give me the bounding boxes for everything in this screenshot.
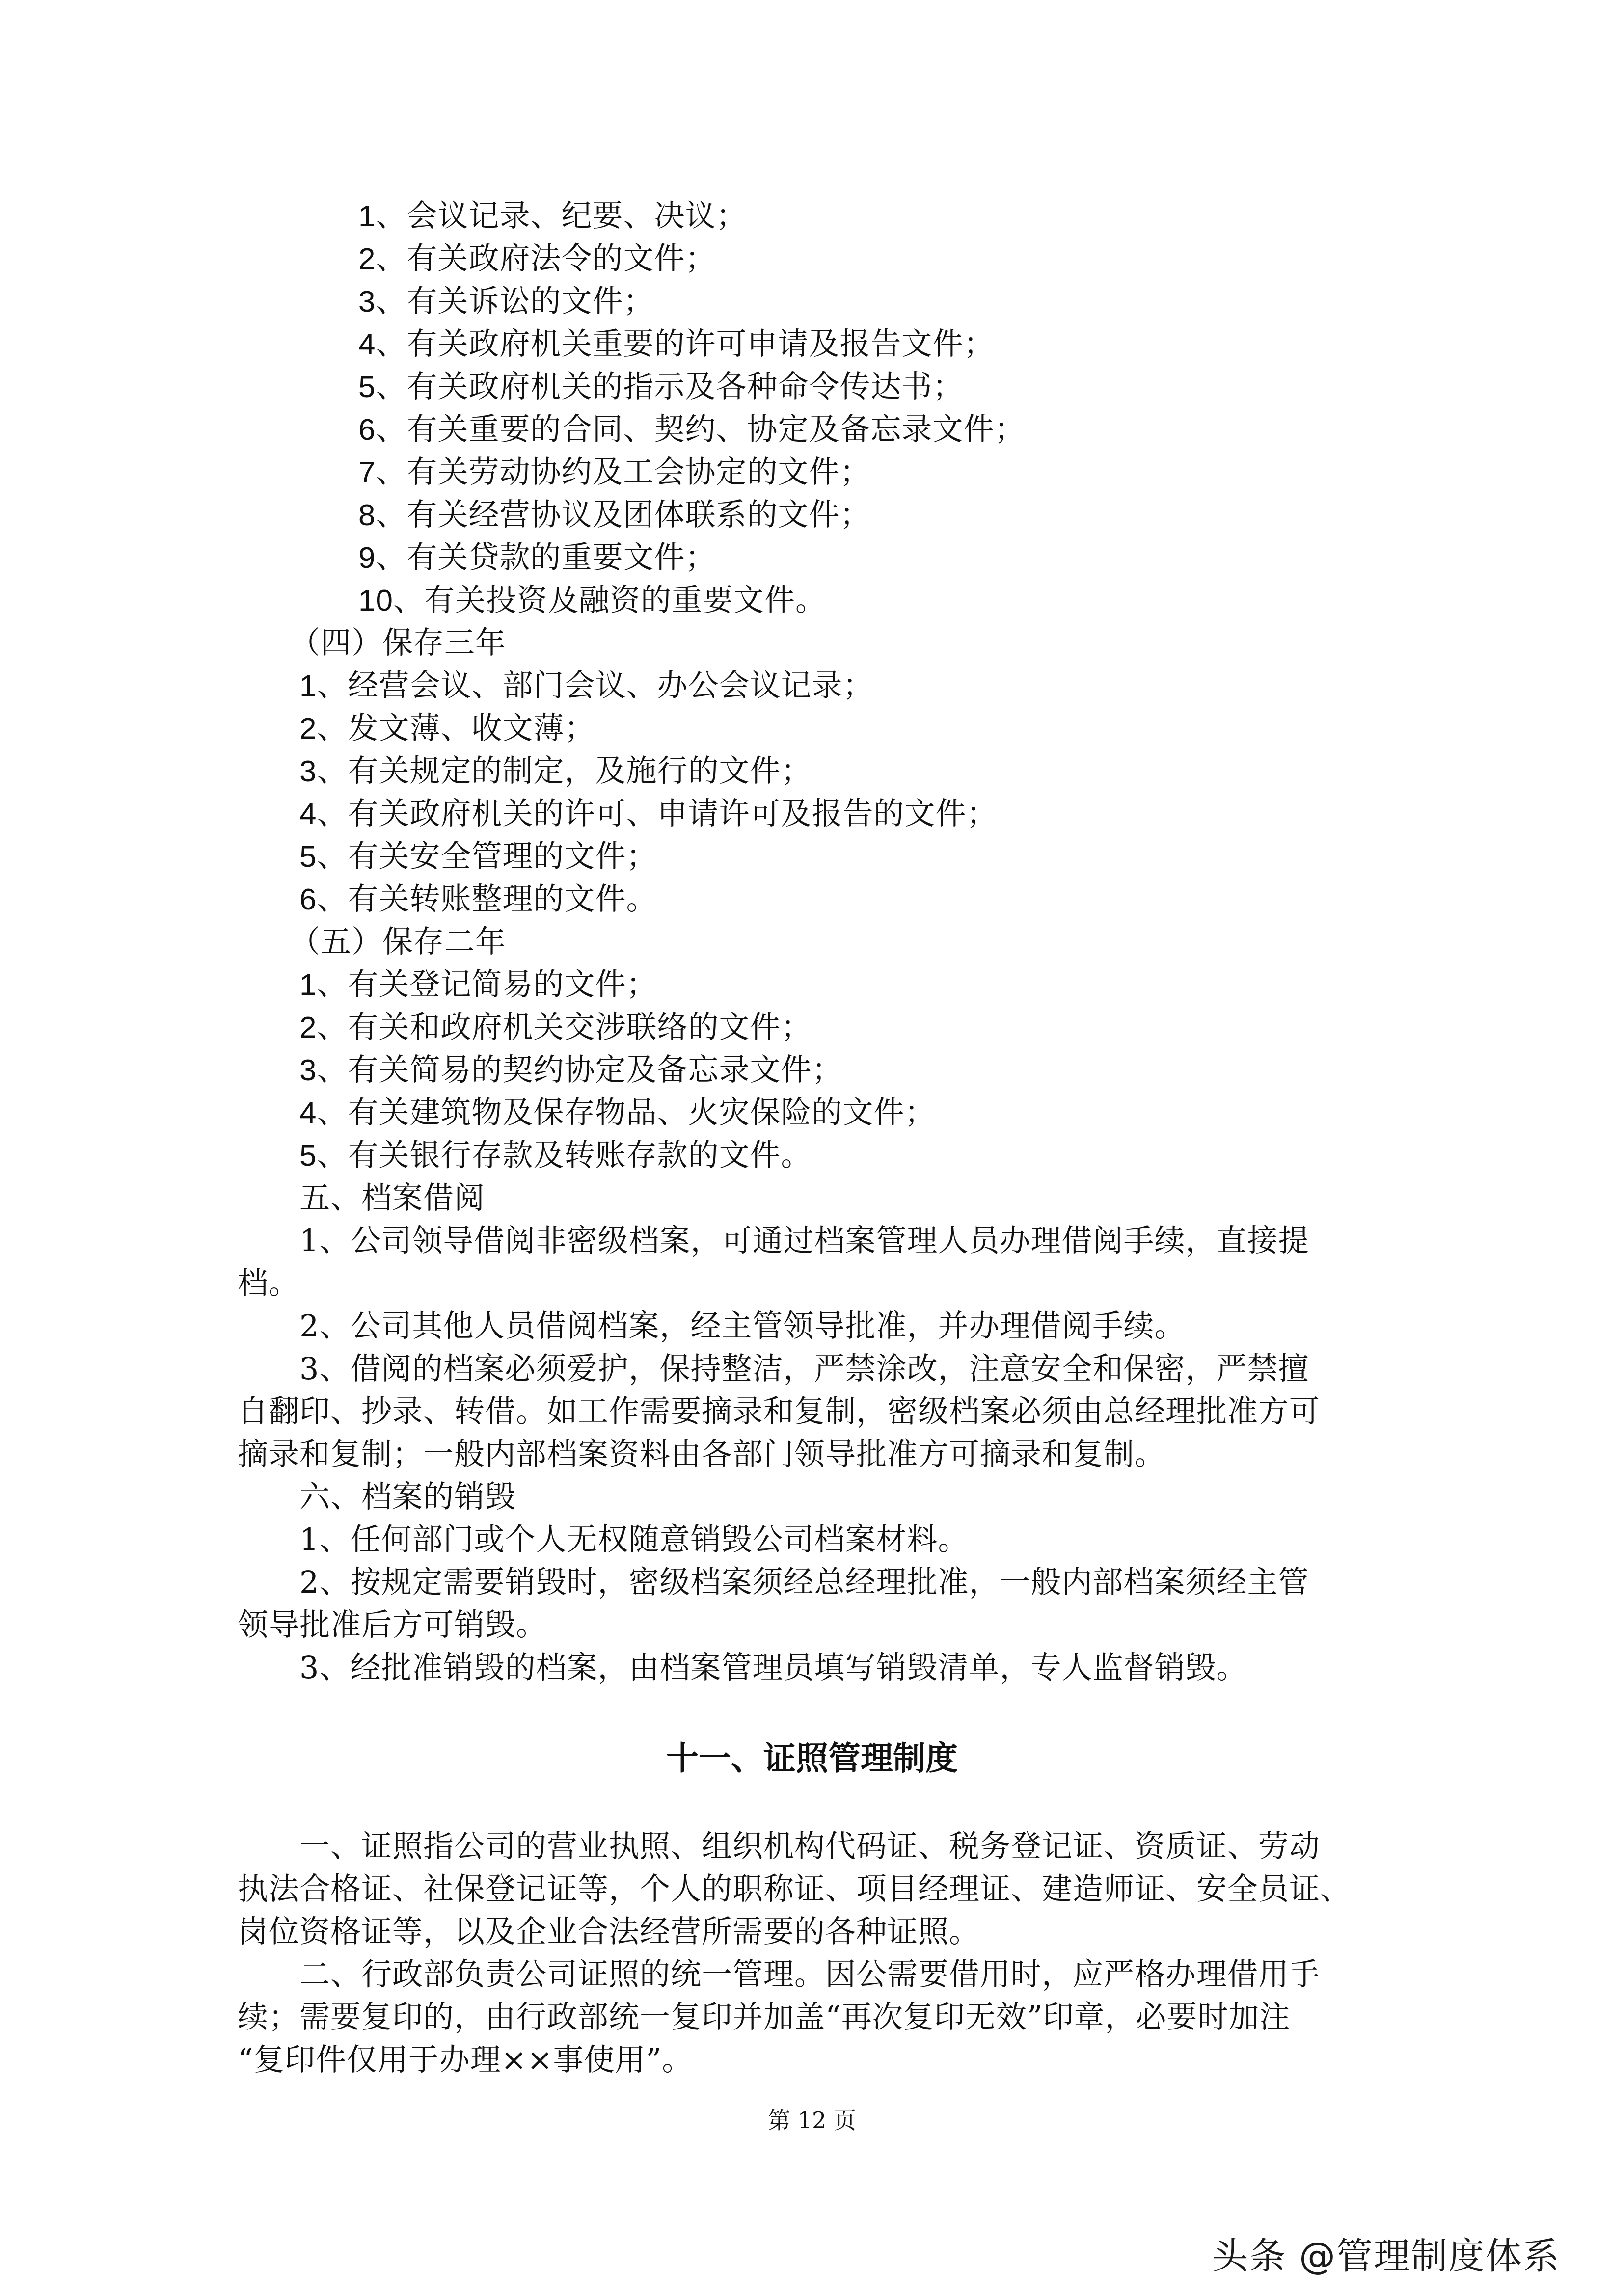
- paragraph-line: 执法合格证、社保登记证等，个人的职称证、项目经理证、建造师证、安全员证、: [238, 1868, 1351, 1910]
- section-heading: 五、档案借阅: [299, 1176, 485, 1219]
- paragraph-line: 摘录和复制；一般内部档案资料由各部门领导批准方可摘录和复制。: [238, 1433, 1165, 1475]
- list-item: 5、有关安全管理的文件；: [299, 835, 657, 878]
- watermark: 头条 @管理制度体系: [1212, 2227, 1560, 2279]
- list-item: 2、有关和政府机关交涉联络的文件；: [299, 1006, 812, 1049]
- list-item: 3、有关规定的制定，及施行的文件；: [299, 749, 812, 793]
- section-heading: 六、档案的销毁: [299, 1475, 516, 1518]
- paragraph-line: 2、按规定需要销毁时，密级档案须经总经理批准，一般内部档案须经主管: [299, 1561, 1309, 1603]
- paragraph-line: 2、公司其他人员借阅档案，经主管领导批准，并办理借阅手续。: [299, 1305, 1185, 1347]
- section-heading: （五）保存二年: [290, 920, 506, 963]
- paragraph-line: 1、任何部门或个人无权随意销毁公司档案材料。: [299, 1518, 969, 1561]
- paragraph-line: 岗位资格证等，以及企业合法经营所需要的各种证照。: [238, 1910, 980, 1953]
- list-item: 4、有关政府机关的许可、申请许可及报告的文件；: [299, 792, 998, 835]
- list-item: 6、有关转账整理的文件。: [299, 878, 657, 921]
- page-number: 第 12 页: [0, 2103, 1624, 2135]
- list-item: 3、有关简易的契约协定及备忘录文件；: [299, 1048, 843, 1092]
- list-item: 9、有关贷款的重要文件；: [358, 536, 716, 579]
- list-item: 4、有关建筑物及保存物品、火灾保险的文件；: [299, 1091, 936, 1134]
- list-item: 8、有关经营协议及团体联系的文件；: [358, 493, 871, 536]
- chapter-title: 十一、证照管理制度: [0, 1736, 1624, 1781]
- list-item: 5、有关银行存款及转账存款的文件。: [299, 1134, 812, 1177]
- paragraph-line: 领导批准后方可销毁。: [238, 1603, 547, 1646]
- list-item: 2、发文薄、收文薄；: [299, 707, 595, 750]
- paragraph-line: 续；需要复印的，由行政部统一复印并加盖“再次复印无效”印章，必要时加注: [238, 1996, 1290, 2038]
- paragraph-line: 二、行政部负责公司证照的统一管理。因公需要借用时，应严格办理借用手: [299, 1953, 1320, 1996]
- list-item: 4、有关政府机关重要的许可申请及报告文件；: [358, 322, 995, 366]
- section-heading: （四）保存三年: [290, 621, 506, 664]
- paragraph-line: 3、经批准销毁的档案，由档案管理员填写销毁清单，专人监督销毁。: [299, 1646, 1247, 1689]
- list-item: 10、有关投资及融资的重要文件。: [358, 579, 826, 622]
- list-item: 7、有关劳动协约及工会协定的文件；: [358, 451, 871, 494]
- paragraph-line: 3、借阅的档案必须爱护，保持整洁，严禁涂改，注意安全和保密，严禁擅: [299, 1347, 1309, 1390]
- document-page: 1、会议记录、纪要、决议； 2、有关政府法令的文件； 3、有关诉讼的文件； 4、…: [0, 0, 1624, 2296]
- list-item: 1、会议记录、纪要、决议；: [358, 194, 747, 238]
- paragraph-line: 1、公司领导借阅非密级档案，可通过档案管理人员办理借阅手续，直接提: [299, 1219, 1309, 1262]
- list-item: 2、有关政府法令的文件；: [358, 237, 716, 280]
- paragraph-line: “复印件仅用于办理××事使用”。: [238, 2038, 693, 2081]
- paragraph-line: 档。: [238, 1262, 299, 1305]
- list-item: 3、有关诉讼的文件；: [358, 280, 654, 323]
- list-item: 6、有关重要的合同、契约、协定及备忘录文件；: [358, 408, 1026, 451]
- list-item: 5、有关政府机关的指示及各种命令传达书；: [358, 365, 964, 408]
- list-item: 1、有关登记简易的文件；: [299, 963, 657, 1006]
- list-item: 1、经营会议、部门会议、办公会议记录；: [299, 664, 874, 707]
- paragraph-line: 一、证照指公司的营业执照、组织机构代码证、税务登记证、资质证、劳动: [299, 1825, 1320, 1868]
- paragraph-line: 自翻印、抄录、转借。如工作需要摘录和复制，密级档案必须由总经理批准方可: [238, 1390, 1320, 1433]
